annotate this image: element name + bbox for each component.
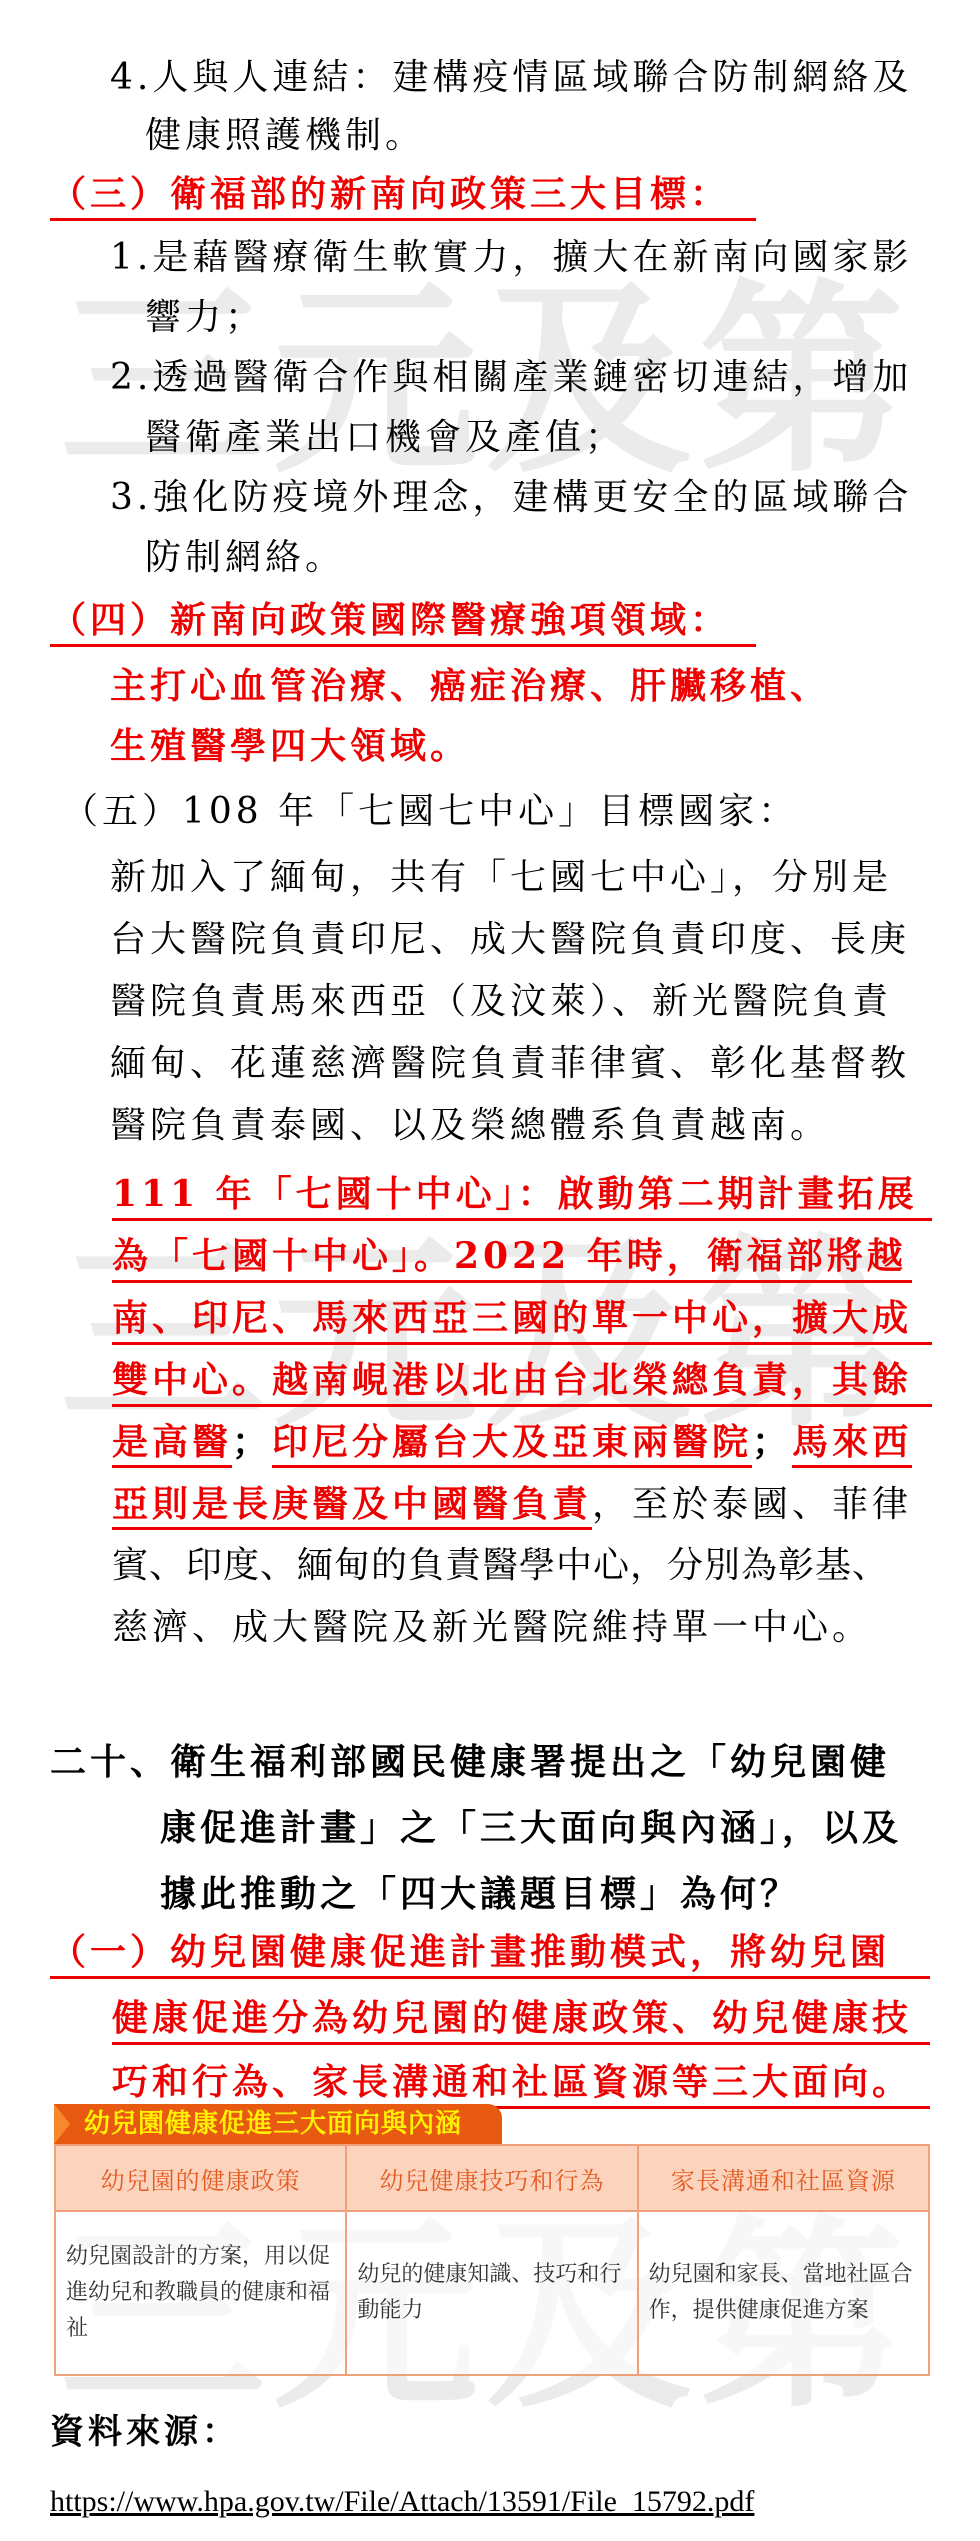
- section5-body-line: 新加入了緬甸，共有「七國七中心」，分別是: [110, 856, 892, 900]
- source-link[interactable]: https://www.hpa.gov.tw/File/Attach/13591…: [50, 2480, 754, 2524]
- section3-item2-line1: 2.透過醫衛合作與相關產業鏈密切連結，增加: [110, 356, 912, 400]
- section5-body-line: 醫院負責馬來西亞（及汶萊）、新光醫院負責: [110, 980, 892, 1024]
- update-line2: 為「七國十中心」。2022 年時，衛福部將越: [112, 1234, 912, 1283]
- update-line6: 亞則是長庚醫及中國醫負責，至於泰國、菲律: [112, 1482, 912, 1527]
- section3-item3-line1: 3.強化防疫境外理念，建構更安全的區域聯合: [110, 476, 912, 520]
- section3-heading: （三）衛福部的新南向政策三大目標：: [50, 172, 756, 221]
- table-cell: 幼兒園和家長、當地社區合作，提供健康促進方案: [638, 2211, 929, 2375]
- table-header: 幼兒園的健康政策: [55, 2145, 346, 2211]
- update-line5-sep: ；: [232, 1421, 272, 1463]
- section5-body-line: 台大醫院負責印尼、成大醫院負責印度、長庚: [110, 918, 910, 962]
- source-label: 資料來源：: [50, 2410, 240, 2454]
- section3-item2-line2: 醫衛產業出口機會及產值；: [145, 416, 625, 460]
- question20-line1: 二十、衛生福利部國民健康署提出之「幼兒園健: [50, 1740, 890, 1784]
- update-line7: 賓、印度、緬甸的負責醫學中心，分別為彰基、: [112, 1544, 889, 1588]
- update-line5-sep: ；: [752, 1421, 792, 1463]
- answer1-line3: 巧和行為、家長溝通和社區資源等三大面向。: [112, 2060, 930, 2109]
- update-line8: 慈濟、成大醫院及新光醫院維持單一中心。: [112, 1606, 872, 1650]
- section3-item1-line1: 1.是藉醫療衛生軟實力，擴大在新南向國家影: [110, 236, 912, 280]
- table-header: 家長溝通和社區資源: [638, 2145, 929, 2211]
- section5-body-line: 緬甸、花蓮慈濟醫院負責菲律賓、彰化基督教: [110, 1042, 910, 1086]
- update-line5-seg: 是高醫: [112, 1421, 232, 1468]
- update-line3: 南、印尼、馬來西亞三國的單一中心，擴大成: [112, 1296, 932, 1345]
- section4-heading: （四）新南向政策國際醫療強項領域：: [50, 598, 756, 647]
- update-line6-rest: ，至於泰國、菲律: [592, 1484, 912, 1525]
- table-cell: 幼兒的健康知識、技巧和行動能力: [346, 2211, 637, 2375]
- table-header-row: 幼兒園的健康政策 幼兒健康技巧和行為 家長溝通和社區資源: [55, 2145, 929, 2211]
- update-line5-seg: 馬來西: [792, 1421, 912, 1468]
- update-line6-highlight: 亞則是長庚醫及中國醫負責: [112, 1483, 592, 1530]
- health-promotion-figure: 幼兒園健康促進三大面向與內涵 幼兒園的健康政策 幼兒健康技巧和行為 家長溝通和社…: [54, 2104, 930, 2376]
- section3-item3-line2: 防制網絡。: [145, 536, 345, 580]
- figure-title-tab: 幼兒園健康促進三大面向與內涵: [54, 2104, 502, 2144]
- update-line5: 是高醫；印尼分屬台大及亞東兩醫院；馬來西: [112, 1420, 912, 1464]
- table-row: 幼兒園設計的方案，用以促進幼兒和教職員的健康和福祉 幼兒的健康知識、技巧和行動能…: [55, 2211, 929, 2375]
- question20-line3: 據此推動之「四大議題目標」為何？: [160, 1872, 800, 1916]
- question20-line2: 康促進計畫」之「三大面向與內涵」，以及: [160, 1806, 902, 1850]
- figure-title: 幼兒園健康促進三大面向與內涵: [84, 2109, 462, 2139]
- table-cell: 幼兒園設計的方案，用以促進幼兒和教職員的健康和福祉: [55, 2211, 346, 2375]
- section3-item1-line2: 響力；: [145, 296, 265, 340]
- dimensions-table: 幼兒園的健康政策 幼兒健康技巧和行為 家長溝通和社區資源 幼兒園設計的方案，用以…: [54, 2144, 930, 2376]
- update-line5-seg: 印尼分屬台大及亞東兩醫院: [272, 1421, 752, 1468]
- item4-line1: 4.人與人連結：建構疫情區域聯合防制網絡及: [110, 56, 912, 100]
- section5-heading: （五）108 年「七國七中心」目標國家：: [62, 790, 798, 834]
- answer1-line2: 健康促進分為幼兒園的健康政策、幼兒健康技: [112, 1996, 930, 2045]
- section4-line1: 主打心血管治療、癌症治療、肝臟移植、: [110, 664, 830, 708]
- answer1-line1: （一）幼兒園健康促進計畫推動模式，將幼兒園: [50, 1930, 930, 1979]
- table-header: 幼兒健康技巧和行為: [346, 2145, 637, 2211]
- item4-line2: 健康照護機制。: [145, 114, 425, 158]
- section4-line2: 生殖醫學四大領域。: [110, 724, 470, 768]
- arrow-icon: [54, 2104, 70, 2144]
- update-line1: 111 年「七國十中心」：啟動第二期計畫拓展: [112, 1172, 932, 1221]
- section5-body-line: 醫院負責泰國、以及榮總體系負責越南。: [110, 1104, 830, 1148]
- update-line4: 雙中心。越南峴港以北由台北榮總負責，其餘: [112, 1358, 932, 1407]
